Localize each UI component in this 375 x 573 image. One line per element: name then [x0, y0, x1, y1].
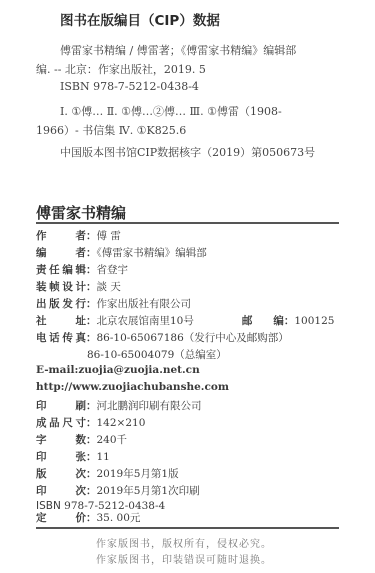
- detail-author: 作者：傅 雷: [36, 228, 121, 243]
- phone-fax-label: 电话传真: [36, 330, 86, 345]
- postcode-label: 邮编: [242, 313, 284, 328]
- top-divider: [36, 222, 339, 224]
- phone-fax-value: 86-10-65067186（发行中心及邮购部）: [97, 332, 289, 344]
- cip-line-5: 1966）- 书信集 Ⅳ. ①K825.6: [36, 122, 186, 138]
- cip-line-4: Ⅰ. ①傅… Ⅱ. ①傅…②傅… Ⅲ. ①傅雷（1908-: [60, 103, 282, 119]
- copyright-notice: 作家版图书，版权所有，侵权必究。: [96, 535, 272, 550]
- binding-design-label: 装帧设计: [36, 279, 86, 294]
- detail-phone-fax-2: 86-10-65004079（总编室）: [87, 347, 227, 362]
- sheets-label: 印张: [36, 449, 86, 464]
- editor-value: 《傅雷家书精编》编辑部: [97, 247, 207, 259]
- sheets-value: 11: [97, 451, 110, 463]
- detail-edition: 版次：2019年5月第1版: [36, 466, 179, 481]
- detail-word-count: 字数：240千: [36, 432, 127, 447]
- detail-phone-fax: 电话传真：86-10-65067186（发行中心及邮购部）: [36, 330, 289, 345]
- cip-line-1: 傅雷家书精编 / 傅雷著；《傅雷家书精编》编辑部: [60, 42, 296, 58]
- author-label: 作者: [36, 228, 86, 243]
- publisher-label: 出版发行: [36, 296, 86, 311]
- cip-line-6: 中国版本图书馆CIP数据核字（2019）第050673号: [60, 144, 315, 160]
- detail-website: http://www.zuojiachubanshe.com: [36, 381, 229, 393]
- cip-line-2: 编. -- 北京：作家出版社，2019. 5: [36, 61, 206, 77]
- detail-address: 社址：北京农展馆南里10号邮编：100125: [36, 313, 334, 328]
- responsible-editor-value: 省登宇: [97, 264, 129, 276]
- detail-publisher: 出版发行：作家出版社有限公司: [36, 296, 191, 311]
- detail-sheets: 印张：11: [36, 449, 110, 464]
- cip-heading: 图书在版编目（CIP）数据: [60, 9, 220, 29]
- word-count-label: 字数: [36, 432, 86, 447]
- size-value: 142×210: [97, 417, 146, 429]
- detail-email: E-mail:zuojia@zuojia.net.cn: [36, 364, 200, 376]
- edition-label: 版次: [36, 466, 86, 481]
- printer-label: 印刷: [36, 398, 86, 413]
- publisher-value: 作家出版社有限公司: [97, 298, 192, 310]
- edition-value: 2019年5月第1版: [97, 468, 179, 480]
- size-label: 成品尺寸: [36, 415, 86, 430]
- detail-printer: 印刷：河北鹏润印刷有限公司: [36, 398, 202, 413]
- price-value: 35. 00元: [97, 512, 141, 524]
- address-value: 北京农展馆南里10号: [97, 315, 194, 327]
- editor-label: 编者: [36, 245, 86, 260]
- author-value: 傅 雷: [97, 230, 121, 242]
- detail-printing: 印次：2019年5月第1次印刷: [36, 483, 200, 498]
- binding-design-value: 談 天: [97, 281, 121, 293]
- address-label: 社址: [36, 313, 86, 328]
- detail-binding-design: 装帧设计：談 天: [36, 279, 121, 294]
- postcode-value: 100125: [294, 315, 334, 327]
- phone-fax-value-2: 86-10-65004079（总编室）: [87, 349, 227, 361]
- responsible-editor-label: 责任编辑: [36, 262, 86, 277]
- price-label: 定价: [36, 510, 86, 525]
- word-count-value: 240千: [97, 434, 128, 446]
- printer-value: 河北鹏润印刷有限公司: [97, 400, 202, 412]
- detail-editor: 编者：《傅雷家书精编》编辑部: [36, 245, 207, 260]
- printing-value: 2019年5月第1次印刷: [97, 485, 200, 497]
- detail-responsible-editor: 责任编辑：省登宇: [36, 262, 128, 277]
- cip-line-3: ISBN 978-7-5212-0438-4: [60, 80, 199, 93]
- replacement-notice: 作家版图书，印装错误可随时退换。: [96, 551, 272, 566]
- printing-label: 印次: [36, 483, 86, 498]
- detail-price: 定价：35. 00元: [36, 510, 140, 525]
- book-title: 傅雷家书精编: [36, 202, 126, 223]
- bottom-divider: [36, 527, 339, 529]
- detail-size: 成品尺寸：142×210: [36, 415, 145, 430]
